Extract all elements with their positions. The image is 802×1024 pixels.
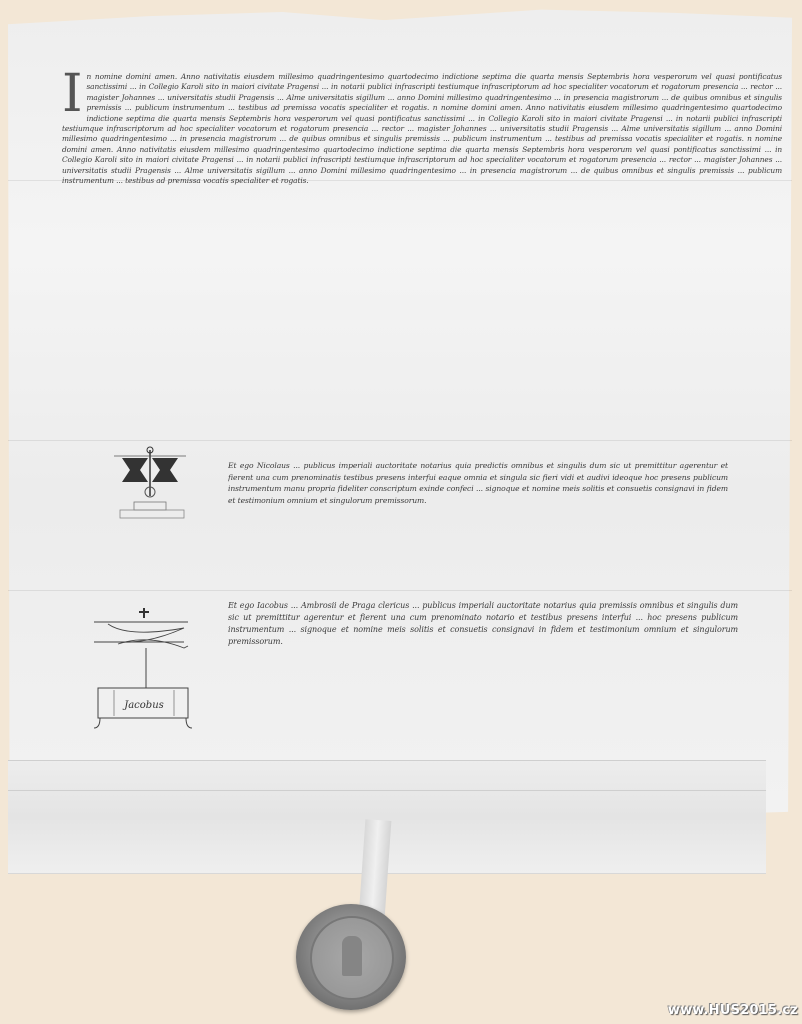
watermark: www.HUS2015.cz	[668, 1003, 798, 1018]
signum-label: Jacobus	[122, 700, 164, 711]
fold-line	[8, 590, 792, 591]
wax-seal	[296, 904, 406, 1010]
seal-figure-icon	[342, 936, 362, 976]
notary-signum-2-icon: Jacobus	[88, 604, 198, 730]
seal-tag	[359, 819, 392, 919]
main-charter-text: I n nomine domini amen. Anno nativitatis…	[62, 72, 782, 464]
notary-2-subscription: Et ego Iacobus ... Ambrosii de Praga cle…	[228, 600, 738, 775]
decorated-initial: I	[62, 72, 82, 116]
seal-impression	[310, 916, 394, 1000]
plica-crease	[8, 790, 766, 791]
notary-1-subscription: Et ego Nicolaus ... publicus imperiali a…	[228, 460, 728, 590]
notary-signum-1-icon	[100, 446, 210, 526]
